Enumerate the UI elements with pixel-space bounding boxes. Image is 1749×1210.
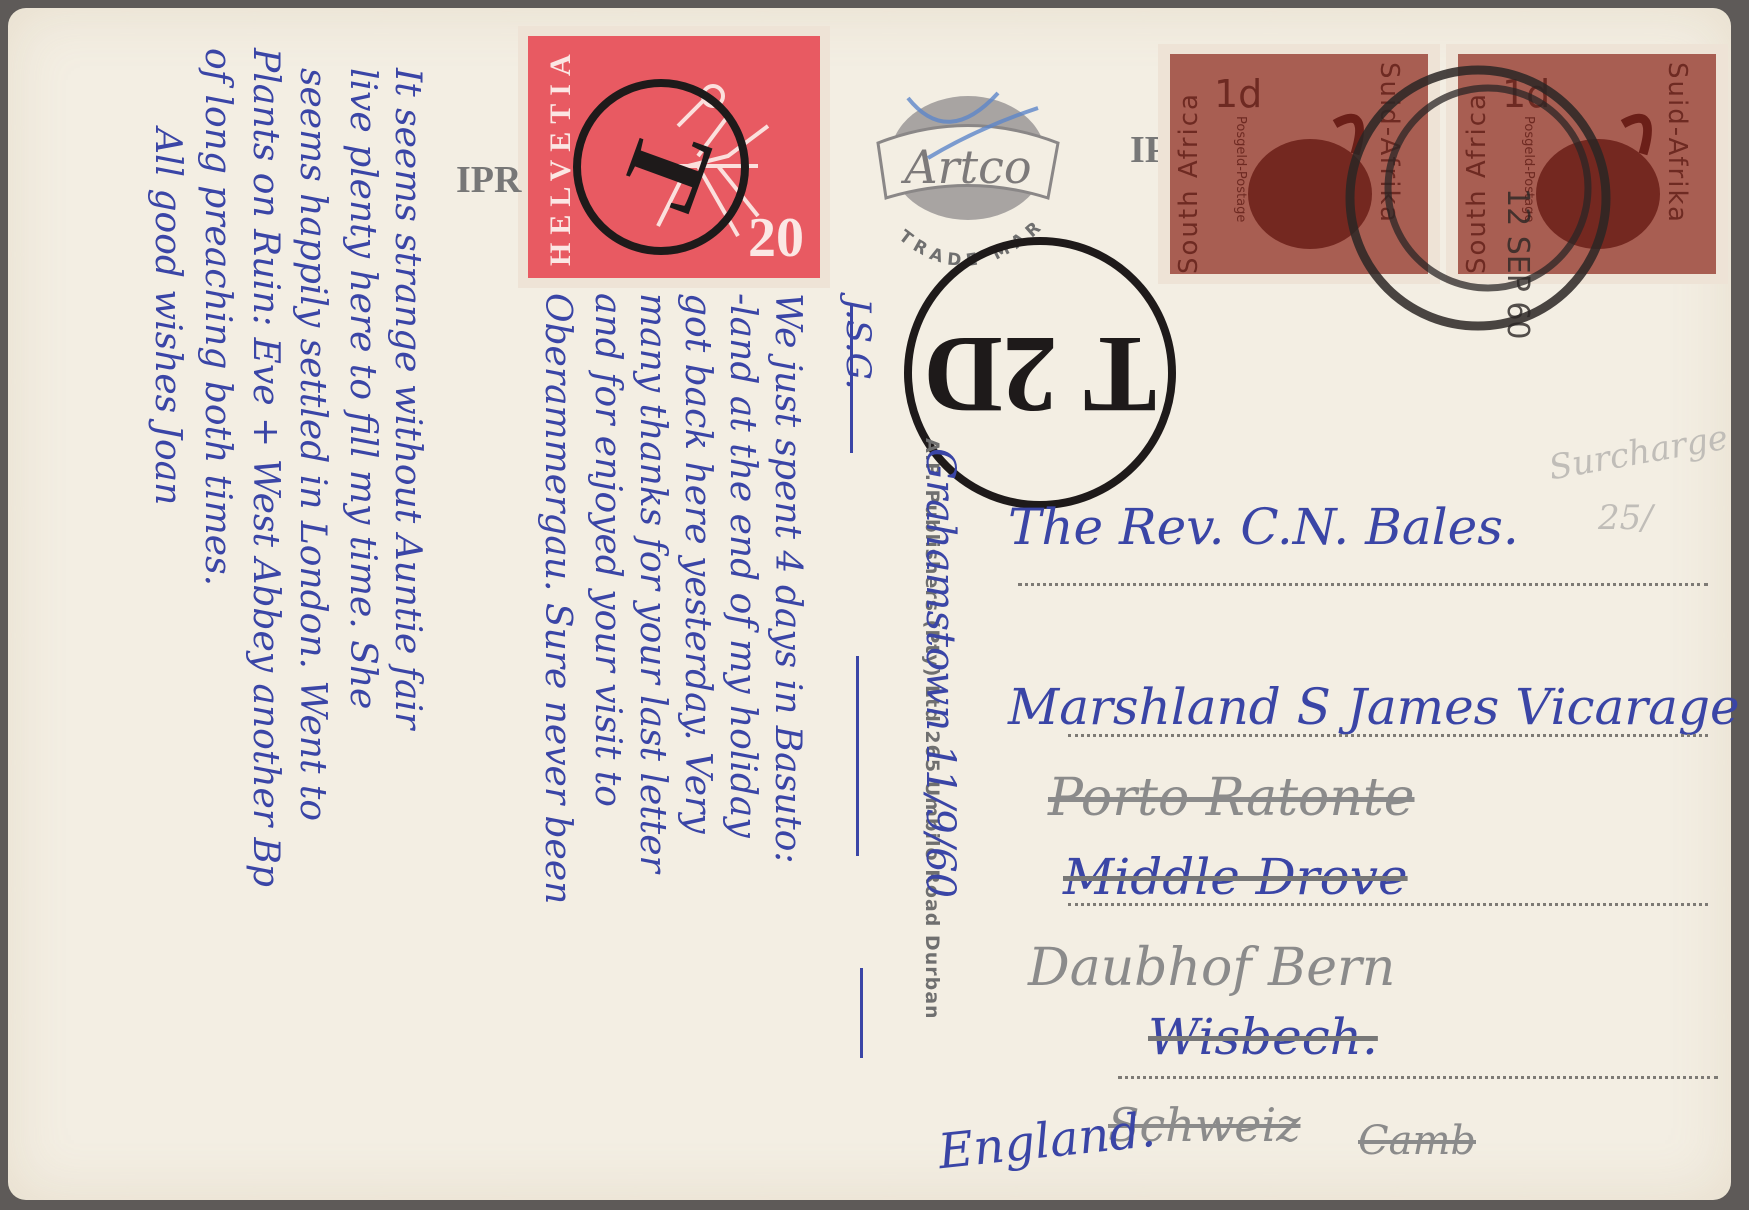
ipr-mark: IPR [456, 158, 521, 202]
stamp-country-af: Suid-Afrika [1662, 62, 1692, 272]
ink-divider [856, 656, 859, 856]
postcard: HELVETIA 20 T IPR IPR Artco TRADE MARK 1… [8, 8, 1731, 1200]
pencil-note: 25/ [1598, 498, 1653, 538]
message-line: Oberammergau. Sure never been [537, 293, 578, 904]
address-line [1118, 1076, 1718, 1079]
address-pencil: Daubhof Bern [1028, 938, 1395, 998]
message-line: We just spent 4 days in Basuto: [767, 293, 808, 864]
stamp-inscription: Posgeld-Postage [1233, 116, 1248, 222]
stamp-value: 20 [748, 206, 804, 270]
address-line1: Marshland S James Vicarage [1008, 678, 1740, 736]
address-line [1068, 734, 1708, 737]
message-line: live plenty here to fill my time. She [342, 68, 383, 709]
address-pencil: Porto Ratonte [1048, 768, 1415, 828]
message-line: Plants on Ruin: Eve + West Abbey another… [245, 48, 286, 887]
svg-text:Artco: Artco [900, 140, 1031, 194]
message-header: Grahamstown 11/9/60 [917, 448, 963, 898]
date-cancel-postmark: 12 SEP 60 [1328, 48, 1628, 368]
message-line: -land at the end of my holiday [722, 293, 763, 838]
svg-text:12 SEP 60: 12 SEP 60 [1500, 188, 1535, 340]
address-struck: Middle Drove [1063, 848, 1408, 906]
stamp-value: 1d [1214, 72, 1262, 116]
ink-divider [860, 968, 863, 1058]
address-recipient: The Rev. C.N. Bales. [1008, 498, 1519, 556]
message-line: got back here yesterday. Very [677, 293, 718, 834]
tax-t-postmark: T [566, 72, 756, 262]
message-line: of long preaching both times. [197, 48, 238, 586]
svg-text:T: T [598, 114, 738, 225]
message-signoff: All good wishes Joan [147, 128, 188, 505]
pencil-note: Surcharge [1546, 418, 1731, 489]
message-line: and for enjoyed your visit to [587, 293, 628, 807]
message-line: many thanks for your last letter [632, 293, 673, 873]
address-line [1018, 583, 1708, 586]
message-initials: J.S.G. [838, 298, 878, 389]
address-line [1068, 903, 1708, 906]
address-pencil: Camb [1358, 1118, 1476, 1164]
address-struck: Wisbech. [1148, 1008, 1378, 1066]
svg-text:T 2D: T 2D [923, 314, 1156, 436]
message-line: It seems strange without Auntie fair [387, 68, 428, 729]
message-line: seems happily settled in London. Went to [292, 68, 333, 821]
address-country: England. [936, 1102, 1158, 1180]
